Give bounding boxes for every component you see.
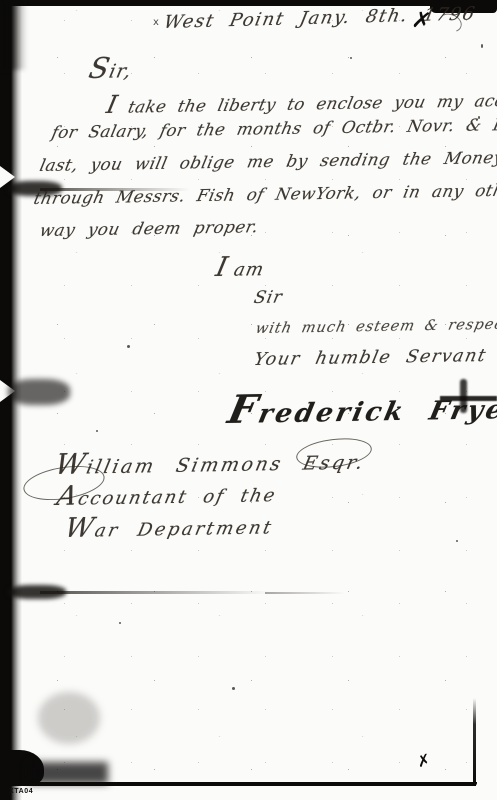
letter-body-line: last, you will oblige me by sending the … [38, 148, 497, 175]
letter-body-line: I take the liberty to enclose you my acc… [104, 82, 497, 119]
crease-smudge-middle [8, 379, 70, 405]
letter-closing-line: with much esteem & respect [254, 317, 497, 337]
ink-speck [232, 687, 235, 690]
header-tick-mark: x [153, 17, 159, 28]
film-frame-label: XTA04 [9, 788, 33, 795]
scanned-letter-page: XTA04 West Point Jany. 8th. 1796 x ✗ Sir… [0, 0, 497, 800]
crease-line-lower [40, 591, 270, 594]
ink-speck [456, 540, 458, 542]
letter-closing-line: I am [213, 251, 268, 283]
scan-right-border [473, 698, 476, 786]
date-strike-ink-mark: ✗ [410, 7, 434, 36]
scan-left-border-smudge [0, 0, 27, 70]
letter-closing-line: Your humble Servant [252, 346, 489, 370]
ink-speck [350, 57, 352, 59]
letter-recipient-line: War Department [62, 509, 277, 544]
ink-speck [127, 345, 130, 348]
crease-line-lower-faint [265, 592, 345, 594]
ink-speck [481, 44, 483, 48]
letter-body-line: way you deem proper. [38, 217, 261, 240]
bottom-left-ink-smear [28, 762, 108, 784]
letter-closing-line: Sir [252, 288, 285, 308]
ink-speck [478, 116, 480, 119]
ink-speck [96, 430, 98, 432]
letter-body-line: through Messrs. Fish of NewYork, or in a… [32, 181, 497, 208]
letter-recipient-line: Accountant of the [54, 477, 280, 512]
bottom-left-speckle-cloud [38, 692, 100, 744]
letter-salutation: Sir, [86, 51, 136, 85]
letter-signature: Frederick Frye [224, 382, 497, 433]
page-check-ink-mark: ✗ [415, 750, 433, 772]
ink-speck [119, 622, 121, 624]
scan-bottom-border [6, 782, 477, 786]
